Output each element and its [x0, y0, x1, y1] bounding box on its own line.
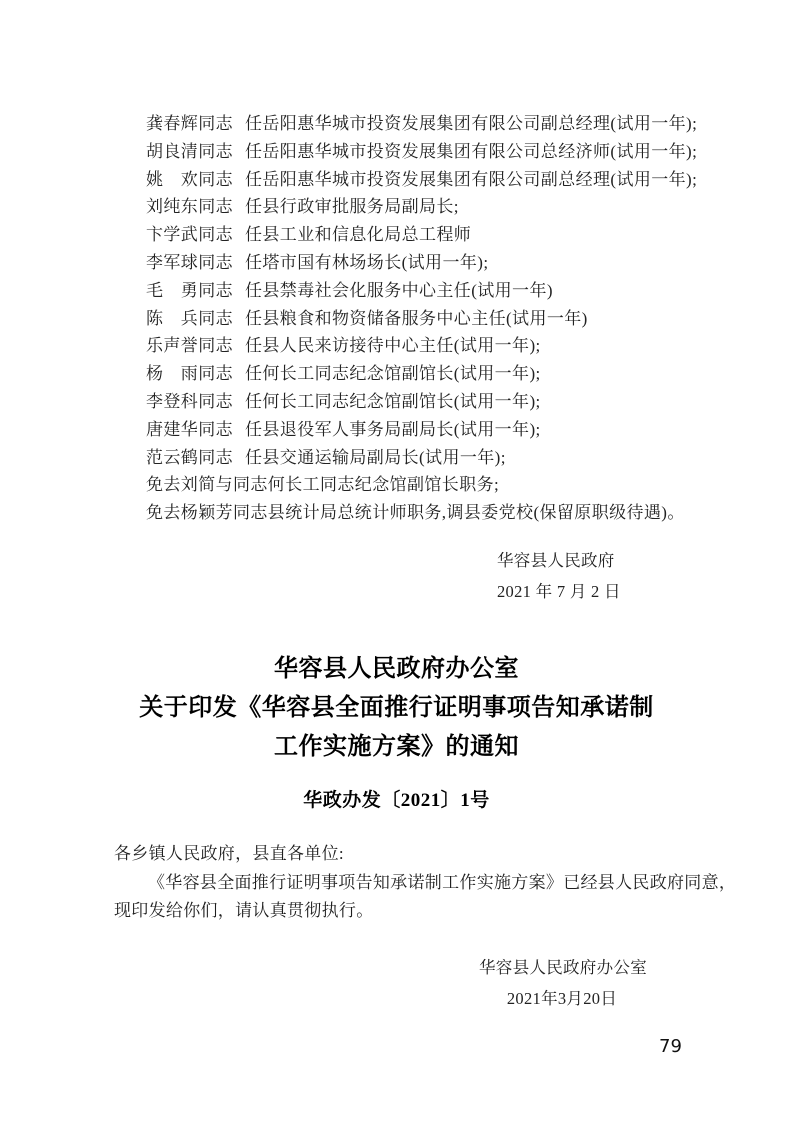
- office-date: 2021年3月20日: [479, 983, 645, 1014]
- appointee-name: 毛 勇同志: [146, 277, 245, 305]
- appointee-name: 姚 欢同志: [146, 166, 245, 194]
- appointment-position: 任岳阳惠华城市投资发展集团有限公司副总经理(试用一年);: [245, 110, 706, 138]
- appointee-name: 杨 雨同志: [146, 360, 245, 388]
- appointment-position: 任县行政审批服务局副局长;: [245, 193, 706, 221]
- appointment-position: 任岳阳惠华城市投资发展集团有限公司副总经理(试用一年);: [245, 166, 706, 194]
- appointee-name: 龚春辉同志: [146, 110, 245, 138]
- appointment-row: 毛 勇同志任县禁毒社会化服务中心主任(试用一年): [146, 277, 706, 305]
- issuer-org: 华容县人民政府: [497, 545, 627, 576]
- notice-title-line-3: 工作实施方案》的通知: [0, 728, 793, 767]
- appointment-position: 任塔市国有林场场长(试用一年);: [245, 249, 706, 277]
- issuer-date: 2021 年 7 月 2 日: [497, 576, 627, 607]
- appointment-row: 乐声誉同志任县人民来访接待中心主任(试用一年);: [146, 332, 706, 360]
- appointment-row: 龚春辉同志任岳阳惠华城市投资发展集团有限公司副总经理(试用一年);: [146, 110, 706, 138]
- appointment-position: 任县退役军人事务局副局长(试用一年);: [245, 416, 706, 444]
- appointment-row: 李军球同志任塔市国有林场场长(试用一年);: [146, 249, 706, 277]
- office-signature-block: 华容县人民政府办公室 2021年3月20日: [479, 952, 645, 1014]
- notice-title-line-1: 华容县人民政府办公室: [0, 650, 793, 689]
- appointee-name: 卞学武同志: [146, 221, 245, 249]
- appointment-row: 刘纯东同志任县行政审批服务局副局长;: [146, 193, 706, 221]
- appointment-row: 李登科同志任何长工同志纪念馆副馆长(试用一年);: [146, 388, 706, 416]
- appointee-name: 刘纯东同志: [146, 193, 245, 221]
- notice-body: 各乡镇人民政府，县直各单位: 《华容县全面推行证明事项告知承诺制工作实施方案》已…: [114, 840, 686, 926]
- notice-title-line-2: 关于印发《华容县全面推行证明事项告知承诺制: [0, 689, 793, 728]
- document-page: 龚春辉同志任岳阳惠华城市投资发展集团有限公司副总经理(试用一年);胡良清同志任岳…: [0, 0, 793, 1122]
- removal-row: 免去刘简与同志何长工同志纪念馆副馆长职务;: [146, 471, 706, 499]
- appointment-position: 任县禁毒社会化服务中心主任(试用一年): [245, 277, 706, 305]
- notice-title: 华容县人民政府办公室 关于印发《华容县全面推行证明事项告知承诺制 工作实施方案》…: [0, 650, 793, 767]
- appointment-position: 任县人民来访接待中心主任(试用一年);: [245, 332, 706, 360]
- appointment-row: 陈 兵同志任县粮食和物资储备服务中心主任(试用一年): [146, 305, 706, 333]
- appointment-row: 卞学武同志任县工业和信息化局总工程师: [146, 221, 706, 249]
- appointee-name: 范云鹤同志: [146, 444, 245, 472]
- page-number: 79: [659, 1036, 682, 1057]
- appointment-row: 姚 欢同志任岳阳惠华城市投资发展集团有限公司副总经理(试用一年);: [146, 166, 706, 194]
- appointment-position: 任何长工同志纪念馆副馆长(试用一年);: [245, 360, 706, 388]
- appointee-name: 唐建华同志: [146, 416, 245, 444]
- removal-row: 免去杨颖芳同志县统计局总统计师职务,调县委党校(保留原职级待遇)。: [146, 499, 706, 527]
- appointment-row: 胡良清同志任岳阳惠华城市投资发展集团有限公司总经济师(试用一年);: [146, 138, 706, 166]
- appointment-position: 任县交通运输局副局长(试用一年);: [245, 444, 706, 472]
- appointee-name: 乐声誉同志: [146, 332, 245, 360]
- office-org: 华容县人民政府办公室: [479, 952, 645, 983]
- issuer-signature-block: 华容县人民政府 2021 年 7 月 2 日: [497, 545, 627, 607]
- appointee-name: 胡良清同志: [146, 138, 245, 166]
- appointments-list: 龚春辉同志任岳阳惠华城市投资发展集团有限公司副总经理(试用一年);胡良清同志任岳…: [146, 110, 706, 527]
- notice-body-line-1: 《华容县全面推行证明事项告知承诺制工作实施方案》已经县人民政府同意，: [114, 869, 686, 898]
- notice-body-line-2: 现印发给你们，请认真贯彻执行。: [114, 897, 686, 926]
- appointment-row: 范云鹤同志任县交通运输局副局长(试用一年);: [146, 444, 706, 472]
- appointment-position: 任县工业和信息化局总工程师: [245, 221, 706, 249]
- appointee-name: 李登科同志: [146, 388, 245, 416]
- appointment-position: 任何长工同志纪念馆副馆长(试用一年);: [245, 388, 706, 416]
- appointment-row: 唐建华同志任县退役军人事务局副局长(试用一年);: [146, 416, 706, 444]
- appointee-name: 李军球同志: [146, 249, 245, 277]
- appointment-row: 杨 雨同志任何长工同志纪念馆副馆长(试用一年);: [146, 360, 706, 388]
- document-number: 华政办发〔2021〕1号: [0, 788, 793, 814]
- appointment-position: 任岳阳惠华城市投资发展集团有限公司总经济师(试用一年);: [245, 138, 706, 166]
- appointment-position: 任县粮食和物资储备服务中心主任(试用一年): [245, 305, 706, 333]
- notice-salutation: 各乡镇人民政府，县直各单位:: [114, 840, 686, 869]
- appointee-name: 陈 兵同志: [146, 305, 245, 333]
